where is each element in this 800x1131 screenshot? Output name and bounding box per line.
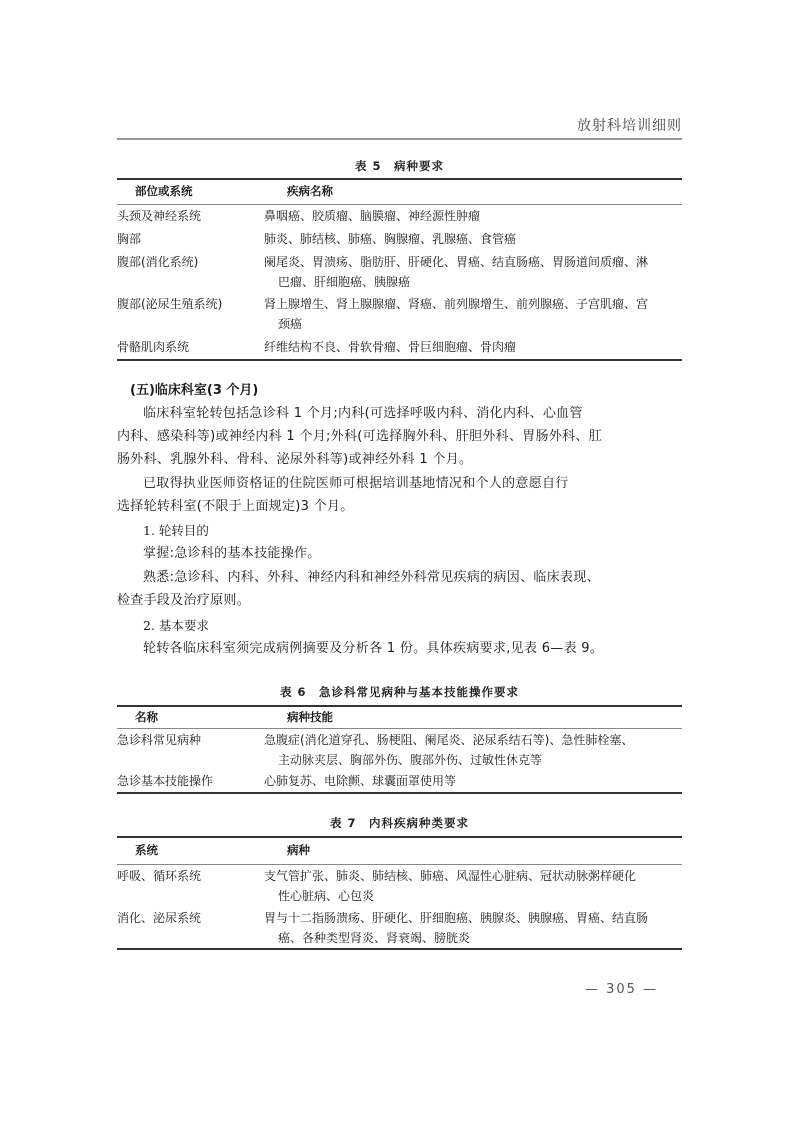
running-head: 放射科培训细则	[117, 115, 682, 135]
paragraph-master: 掌握:急诊科的基本技能操作。	[117, 542, 682, 565]
para-line: 检查手段及治疗原则。	[117, 589, 682, 612]
subheading-requirements: 2. 基本要求	[143, 616, 209, 634]
paragraph-requirements: 轮转各临床科室须完成病例摘要及分析各 1 份。具体疾病要求,见表 6—表 9。	[117, 637, 682, 660]
paragraph-licensed: 已取得执业医师资格证的住院医师可根据培训基地情况和个人的意愿自行 选择轮转科室(…	[117, 472, 682, 518]
row-diseases-cont: 癌、各种类型肾炎、肾衰竭、膀胱炎	[264, 928, 682, 948]
row-system: 骨骼肌肉系统	[117, 337, 262, 357]
row-name: 急诊基本技能操作	[117, 771, 262, 791]
table6-header-col2: 病种技能	[287, 707, 705, 727]
table5-header-col1: 部位或系统	[135, 181, 280, 201]
table5-header-rule	[117, 204, 682, 205]
row-system: 头颈及神经系统	[117, 206, 262, 226]
table7-top-rule	[117, 836, 682, 838]
row-diseases: 胃与十二指肠溃疡、肝硬化、肝细胞癌、胰腺炎、胰腺癌、胃癌、结直肠	[264, 911, 648, 925]
table5-top-rule	[117, 178, 682, 180]
table6-header-col1: 名称	[135, 707, 280, 727]
para-line: 掌握:急诊科的基本技能操作。	[117, 542, 682, 565]
para-line: 选择轮转科室(不限于上面规定)3 个月。	[117, 495, 682, 518]
table7-bottom-rule	[117, 948, 682, 950]
row-diseases: 肺炎、肺结核、肺癌、胸腺瘤、乳腺癌、食管癌	[264, 229, 682, 249]
document-page: 放射科培训细则 表 5 病种要求 部位或系统 疾病名称 头颈及神经系统 鼻咽癌、…	[0, 0, 800, 1131]
row-system: 消化、泌尿系统	[117, 908, 262, 928]
row-diseases-cont: 性心脏病、心包炎	[264, 886, 682, 906]
row-items: 急腹症(消化道穿孔、肠梗阻、阑尾炎、泌尿系结石等)、急性肺栓塞、	[264, 733, 633, 747]
table7-header-rule	[117, 864, 682, 865]
table5-caption: 表 5 病种要求	[117, 158, 682, 174]
row-system: 腹部(泌尿生殖系统)	[117, 294, 262, 314]
row-diseases: 阑尾炎、胃溃疡、脂肪肝、肝硬化、胃癌、结直肠癌、胃肠道间质瘤、淋	[264, 255, 648, 269]
table5-bottom-rule	[117, 359, 682, 361]
table5-header-col2: 疾病名称	[287, 181, 705, 201]
table7-header-col1: 系统	[135, 840, 280, 860]
table6-bottom-rule	[117, 792, 682, 794]
para-line: 熟悉:急诊科、内科、外科、神经内科和神经外科常见疾病的病因、临床表现、	[117, 566, 682, 589]
row-diseases-cell: 阑尾炎、胃溃疡、脂肪肝、肝硬化、胃癌、结直肠癌、胃肠道间质瘤、淋 巴瘤、肝细胞癌…	[264, 252, 682, 292]
header-rule	[117, 138, 682, 140]
row-system: 腹部(消化系统)	[117, 252, 262, 272]
paragraph-rotation: 临床科室轮转包括急诊科 1 个月;内科(可选择呼吸内科、消化内科、心血管 内科、…	[117, 402, 682, 471]
table7-caption: 表 7 内科疾病种类要求	[117, 815, 682, 831]
para-line: 内科、感染科等)或神经内科 1 个月;外科(可选择胸外科、肝胆外科、胃肠外科、肛	[117, 425, 682, 448]
row-diseases-cell: 胃与十二指肠溃疡、肝硬化、肝细胞癌、胰腺炎、胰腺癌、胃癌、结直肠 癌、各种类型肾…	[264, 908, 682, 948]
para-line: 临床科室轮转包括急诊科 1 个月;内科(可选择呼吸内科、消化内科、心血管	[117, 402, 682, 425]
row-diseases: 肾上腺增生、肾上腺腺瘤、肾癌、前列腺增生、前列腺癌、子宫肌瘤、宫	[264, 297, 648, 311]
row-diseases-cont: 巴瘤、肝细胞癌、胰腺癌	[264, 272, 682, 292]
row-system: 呼吸、循环系统	[117, 866, 262, 886]
table6-caption: 表 6 急诊科常见病种与基本技能操作要求	[117, 684, 682, 700]
page-number: — 305 —	[585, 982, 658, 997]
table7-header-col2: 病种	[287, 840, 705, 860]
row-diseases-cell: 支气管扩张、肺炎、肺结核、肺癌、风湿性心脏病、冠状动脉粥样硬化 性心脏病、心包炎	[264, 866, 682, 906]
row-items-cont: 主动脉夹层、胸部外伤、腹部外伤、过敏性休克等	[264, 750, 682, 770]
para-line: 肠外科、乳腺外科、骨科、泌尿外科等)或神经外科 1 个月。	[117, 448, 682, 471]
row-diseases: 鼻咽癌、胶质瘤、脑膜瘤、神经源性肿瘤	[264, 206, 682, 226]
row-diseases-cont: 颈癌	[264, 314, 682, 334]
row-items: 心肺复苏、电除颤、球囊面罩使用等	[264, 771, 682, 791]
table6-header-rule	[117, 728, 682, 729]
row-diseases-cell: 肾上腺增生、肾上腺腺瘤、肾癌、前列腺增生、前列腺癌、子宫肌瘤、宫 颈癌	[264, 294, 682, 334]
row-diseases: 纤维结构不良、骨软骨瘤、骨巨细胞瘤、骨肉瘤	[264, 337, 682, 357]
para-line: 已取得执业医师资格证的住院医师可根据培训基地情况和个人的意愿自行	[117, 472, 682, 495]
para-line: 轮转各临床科室须完成病例摘要及分析各 1 份。具体疾病要求,见表 6—表 9。	[117, 637, 682, 660]
row-name: 急诊科常见病种	[117, 730, 262, 750]
row-system: 胸部	[117, 229, 262, 249]
section-title: (五)临床科室(3 个月)	[130, 379, 258, 398]
row-diseases: 支气管扩张、肺炎、肺结核、肺癌、风湿性心脏病、冠状动脉粥样硬化	[264, 869, 636, 883]
subheading-objectives: 1. 轮转目的	[143, 521, 209, 539]
paragraph-familiar: 熟悉:急诊科、内科、外科、神经内科和神经外科常见疾病的病因、临床表现、 检查手段…	[117, 566, 682, 612]
row-items-cell: 急腹症(消化道穿孔、肠梗阻、阑尾炎、泌尿系结石等)、急性肺栓塞、 主动脉夹层、胸…	[264, 730, 682, 770]
